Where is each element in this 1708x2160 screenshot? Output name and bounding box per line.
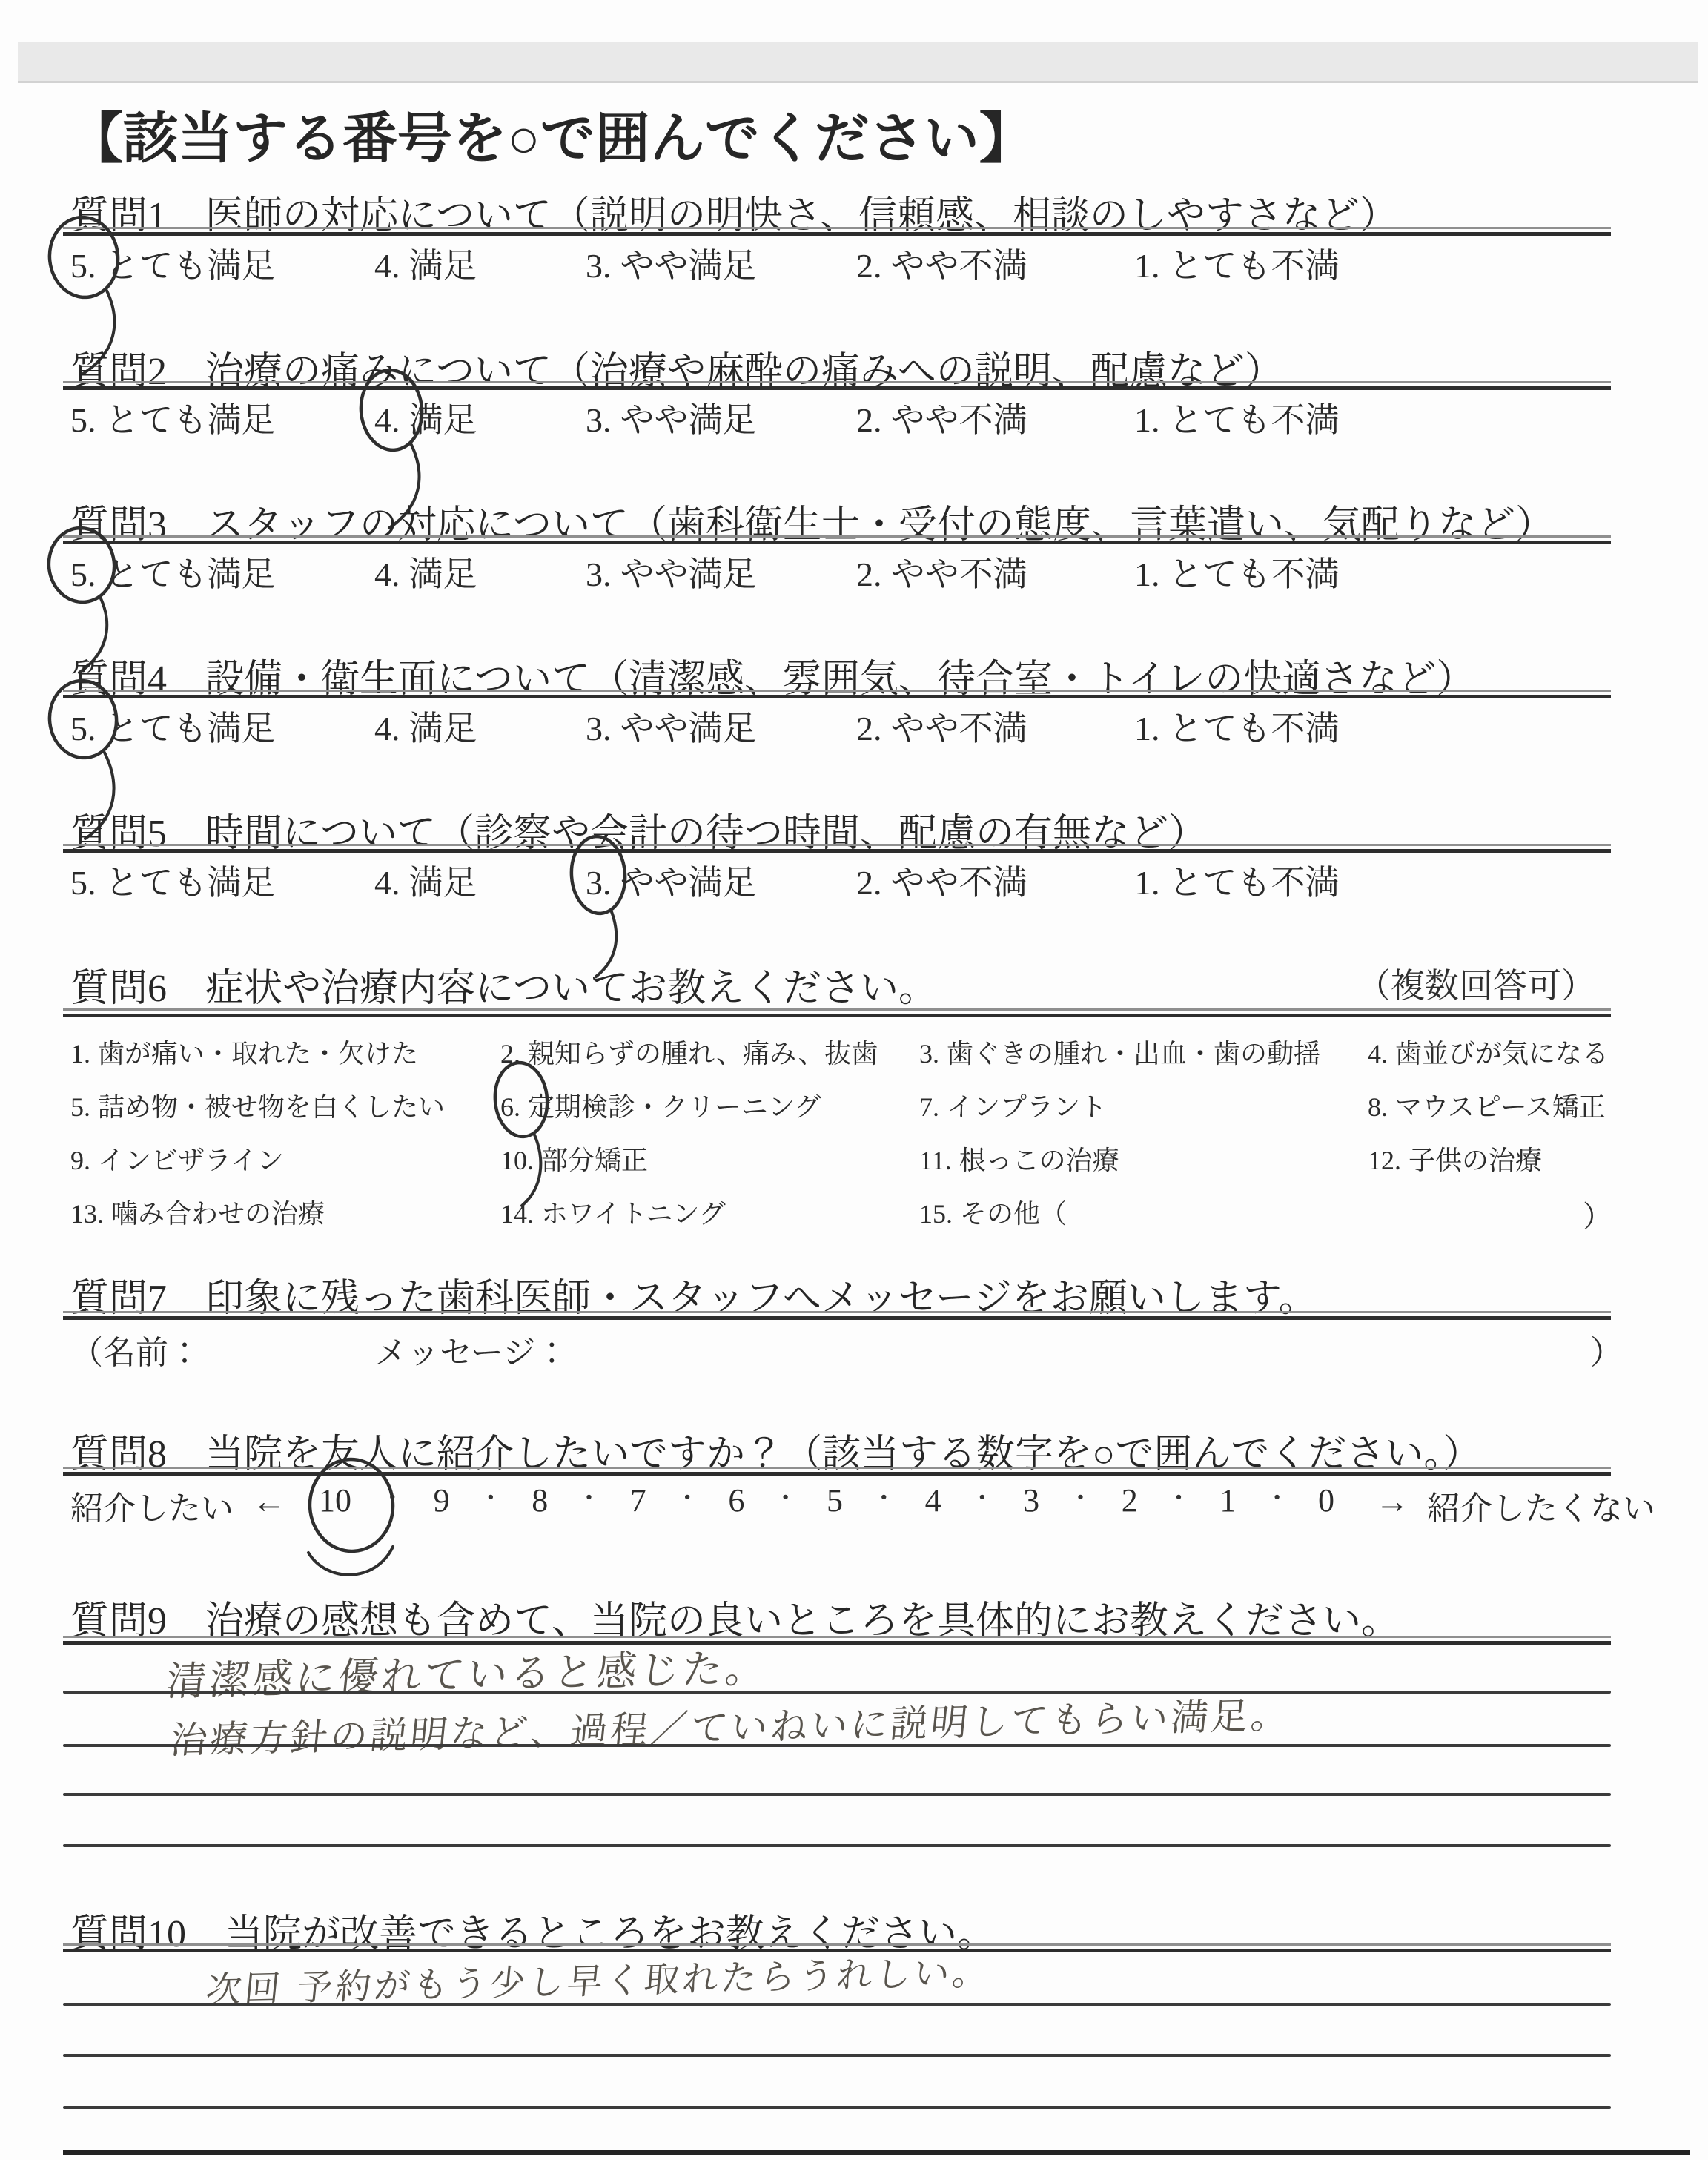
divider bbox=[63, 381, 1611, 390]
scale-right-label: 紹介したくない bbox=[1427, 1482, 1655, 1529]
symptom-option-8: 8.マウスピース矯正 bbox=[1368, 1086, 1606, 1124]
rating-option-5: 5.とても満足 bbox=[70, 856, 276, 905]
writing-line bbox=[63, 2054, 1611, 2057]
scale-number-3: 3 bbox=[1023, 1482, 1039, 1519]
symptom-option-7: 7.インプラント bbox=[919, 1086, 1107, 1124]
rating-option-2: 2.やや不満 bbox=[856, 393, 1027, 442]
question-4-options: 5.とても満足 4.満足 3.やや満足 2.やや不満 1.とても不満 bbox=[70, 701, 1627, 747]
scale-number-4: 4 bbox=[925, 1482, 941, 1519]
rating-option-5: 5.とても満足 bbox=[70, 547, 276, 596]
divider bbox=[63, 1467, 1611, 1476]
symptom-option-11: 11.根っこの治療 bbox=[919, 1140, 1119, 1178]
rating-option-2: 2.やや不満 bbox=[856, 701, 1027, 750]
writing-line bbox=[63, 2106, 1611, 2109]
divider bbox=[63, 844, 1611, 853]
writing-line bbox=[63, 1844, 1611, 1847]
symptom-option-5: 5.詰め物・被せ物を白くしたい bbox=[70, 1086, 445, 1124]
page-title: 【該当する番号を○で囲んでください】 bbox=[68, 95, 1034, 174]
rating-option-2: 2.やや不満 bbox=[856, 856, 1027, 905]
symptom-option-15-close-paren: ） bbox=[1583, 1193, 1612, 1235]
divider bbox=[63, 1311, 1611, 1320]
rating-option-4: 4.満足 bbox=[374, 547, 477, 596]
question-6-note: （複数回答可） bbox=[1357, 959, 1595, 1008]
scale-number-9: 9 bbox=[434, 1482, 450, 1519]
rating-option-2: 2.やや不満 bbox=[856, 547, 1027, 596]
nps-scale-row: 紹介したい ← 10 ・ 9 ・ 8 ・ 7 ・ 6 ・ 5 ・ 4 ・ 3 ・… bbox=[70, 1482, 1620, 1526]
rating-option-4: 4.満足 bbox=[374, 701, 477, 750]
writing-line bbox=[63, 1744, 1611, 1747]
rating-option-3: 3.やや満足 bbox=[586, 393, 757, 442]
rating-option-3: 3.やや満足 bbox=[586, 239, 757, 288]
message-label: メッセージ： bbox=[374, 1326, 568, 1373]
scale-number-1: 1 bbox=[1219, 1482, 1236, 1519]
rating-option-1: 1.とても不満 bbox=[1134, 393, 1340, 442]
question-3-options: 5.とても満足 4.満足 3.やや満足 2.やや不満 1.とても不満 bbox=[70, 547, 1627, 593]
symptom-option-15: 15.その他（ bbox=[919, 1193, 1067, 1231]
rating-option-1: 1.とても不満 bbox=[1134, 239, 1340, 288]
divider bbox=[63, 1636, 1611, 1645]
scale-number-8: 8 bbox=[532, 1482, 548, 1519]
close-paren: ） bbox=[1590, 1326, 1623, 1373]
writing-line bbox=[63, 2003, 1611, 2006]
writing-line bbox=[63, 1793, 1611, 1796]
symptom-option-6: 6.定期検診・クリーニング bbox=[500, 1086, 821, 1124]
rating-option-3: 3.やや満足 bbox=[586, 701, 757, 750]
rating-option-4: 4.満足 bbox=[374, 856, 477, 905]
scale-left-label: 紹介したい bbox=[70, 1482, 234, 1529]
divider bbox=[63, 227, 1611, 236]
question-2-options: 5.とても満足 4.満足 3.やや満足 2.やや不満 1.とても不満 bbox=[70, 393, 1627, 439]
rating-option-3: 3.やや満足 bbox=[586, 856, 757, 905]
symptom-option-9: 9.インビザライン bbox=[70, 1140, 284, 1178]
symptom-option-3: 3.歯ぐきの腫れ・出血・歯の動揺 bbox=[919, 1033, 1320, 1071]
scale-number-5: 5 bbox=[827, 1482, 843, 1519]
page-bottom-line bbox=[63, 2150, 1690, 2155]
symptom-option-12: 12.子供の治療 bbox=[1368, 1140, 1542, 1178]
rating-option-1: 1.とても不満 bbox=[1134, 856, 1340, 905]
rating-option-5: 5.とても満足 bbox=[70, 393, 276, 442]
rating-option-5: 5.とても満足 bbox=[70, 701, 276, 750]
rating-option-1: 1.とても不満 bbox=[1134, 547, 1340, 596]
scale-number-2: 2 bbox=[1122, 1482, 1138, 1519]
name-label: （名前： bbox=[70, 1326, 201, 1373]
scale-number-10: 10 bbox=[319, 1482, 351, 1519]
symptom-option-13: 13.噛み合わせの治療 bbox=[70, 1193, 325, 1231]
rating-option-2: 2.やや不満 bbox=[856, 239, 1027, 288]
rating-option-4: 4.満足 bbox=[374, 239, 477, 288]
question-1-options: 5.とても満足 4.満足 3.やや満足 2.やや不満 1.とても不満 bbox=[70, 239, 1627, 285]
rating-option-4: 4.満足 bbox=[374, 393, 477, 442]
scale-number-0: 0 bbox=[1318, 1482, 1334, 1519]
question-6-heading: 質問6 症状や治療内容についてお教えください。 bbox=[70, 957, 937, 1012]
symptom-option-10: 10.部分矯正 bbox=[500, 1140, 648, 1178]
scale-numbers: 10 ・ 9 ・ 8 ・ 7 ・ 6 ・ 5 ・ 4 ・ 3 ・ 2 ・ 1 ・ bbox=[319, 1482, 1334, 1519]
symptom-option-4: 4.歯並びが気になる bbox=[1368, 1033, 1609, 1071]
left-arrow-icon: ← bbox=[252, 1482, 286, 1521]
divider bbox=[63, 1008, 1611, 1017]
rating-option-3: 3.やや満足 bbox=[586, 547, 757, 596]
right-arrow-icon: → bbox=[1375, 1482, 1409, 1521]
divider bbox=[63, 535, 1611, 544]
survey-page: 【該当する番号を○で囲んでください】 質問1 医師の対応について（説明の明快さ、… bbox=[0, 0, 1708, 2160]
divider bbox=[63, 690, 1611, 698]
rating-option-5: 5.とても満足 bbox=[70, 239, 276, 288]
scale-number-7: 7 bbox=[630, 1482, 646, 1519]
symptom-option-2: 2.親知らずの腫れ、痛み、抜歯 bbox=[500, 1033, 878, 1071]
scan-artifact-bar bbox=[18, 42, 1698, 83]
writing-line bbox=[63, 1691, 1611, 1694]
question-5-options: 5.とても満足 4.満足 3.やや満足 2.やや不満 1.とても不満 bbox=[70, 856, 1627, 902]
scale-number-6: 6 bbox=[728, 1482, 744, 1519]
symptom-option-1: 1.歯が痛い・取れた・欠けた bbox=[70, 1033, 418, 1071]
rating-option-1: 1.とても不満 bbox=[1134, 701, 1340, 750]
handwritten-answer-line-1: 清潔感に優れていると感じた。 bbox=[164, 1636, 771, 1708]
symptom-option-14: 14.ホワイトニング bbox=[500, 1193, 726, 1231]
